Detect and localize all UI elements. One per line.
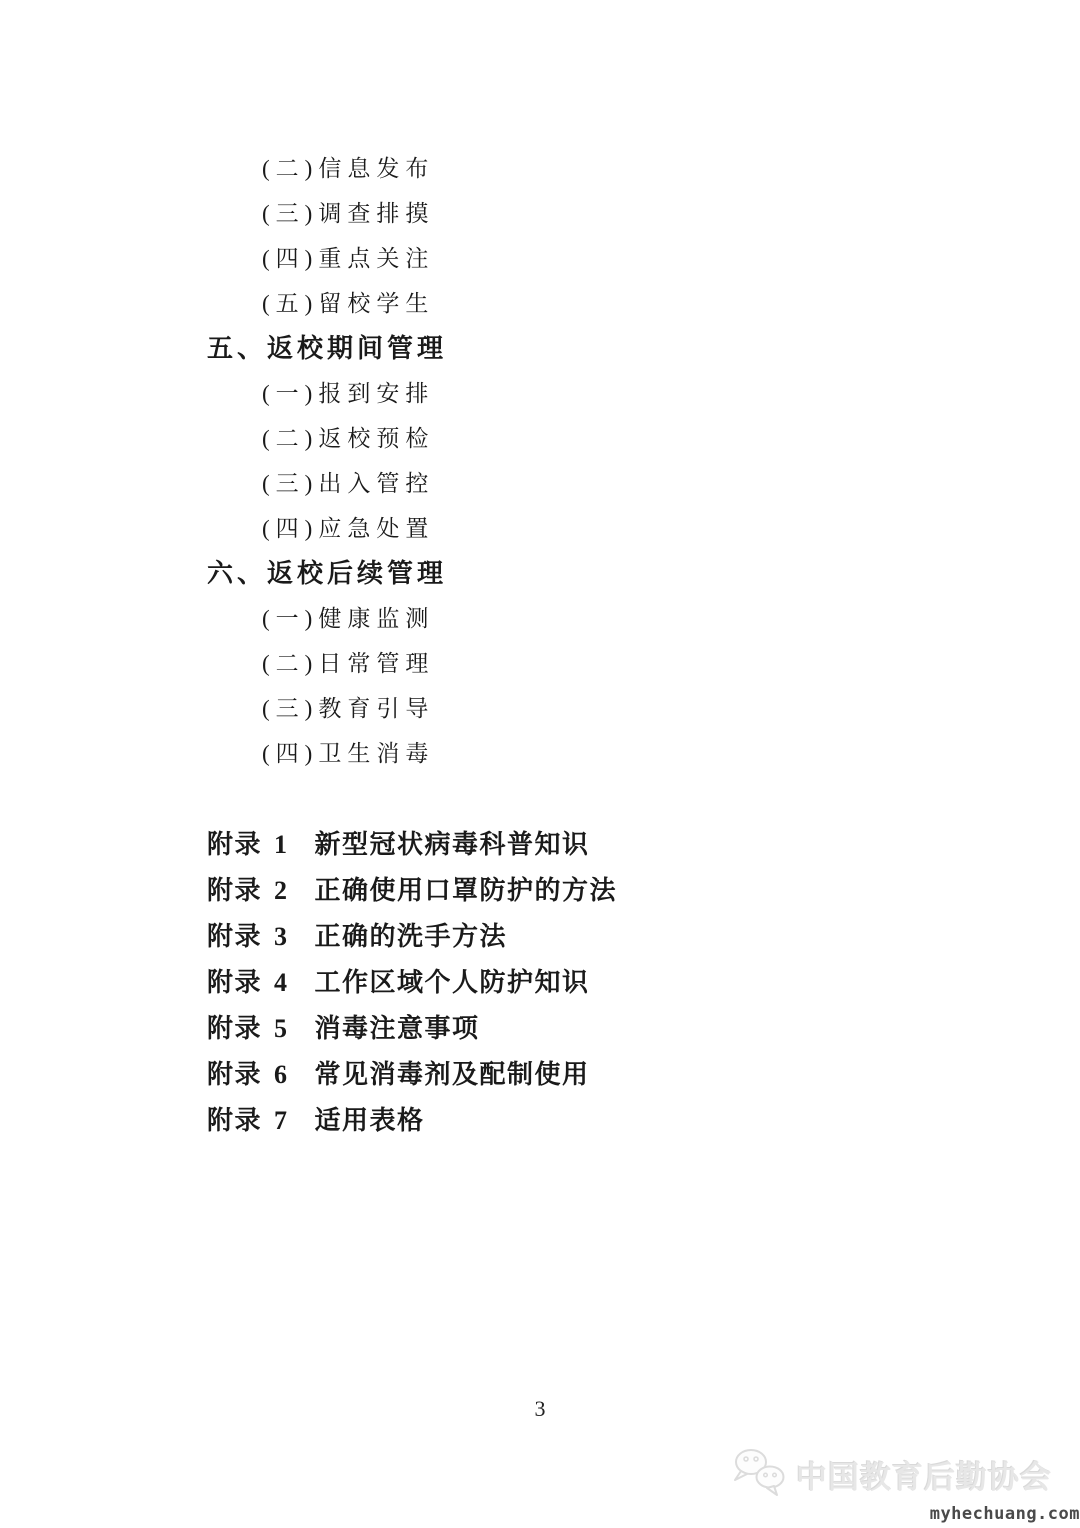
toc-entry: (三)出入管控: [262, 461, 1080, 506]
watermark: 中国教育后勤协会 myhechuang.com: [730, 1446, 1080, 1524]
appendix-prefix: 附录: [207, 1060, 262, 1089]
toc-entry: (二)返校预检: [262, 416, 1080, 461]
appendix-number: 1: [274, 822, 289, 868]
toc-entry: (五)留校学生: [262, 281, 1080, 326]
appendix-number: 3: [274, 914, 289, 960]
toc-entry: (四)应急处置: [262, 506, 1080, 551]
appendix-title: 常见消毒剂及配制使用: [315, 1052, 590, 1098]
toc-entry: (二)日常管理: [262, 641, 1080, 686]
document-page: (二)信息发布 (三)调查排摸 (四)重点关注 (五)留校学生 五、返校期间管理…: [0, 0, 1080, 1528]
toc-section-heading: 五、返校期间管理: [207, 326, 1080, 371]
wechat-bubbles-icon: [730, 1446, 788, 1503]
toc-entry: (三)调查排摸: [262, 191, 1080, 236]
appendix-title: 工作区域个人防护知识: [315, 960, 590, 1006]
appendix-entry: 附录4工作区域个人防护知识: [207, 960, 617, 1006]
appendix-prefix: 附录: [207, 1014, 262, 1043]
appendix-title: 适用表格: [315, 1098, 425, 1144]
appendix-number: 5: [274, 1006, 289, 1052]
table-of-contents: (二)信息发布 (三)调查排摸 (四)重点关注 (五)留校学生 五、返校期间管理…: [0, 146, 1080, 776]
appendix-entry: 附录3正确的洗手方法: [207, 914, 617, 960]
toc-entry: (一)健康监测: [262, 596, 1080, 641]
appendix-title: 消毒注意事项: [315, 1006, 480, 1052]
appendix-prefix: 附录: [207, 876, 262, 905]
appendix-entry: 附录7适用表格: [207, 1098, 617, 1144]
appendix-title: 正确的洗手方法: [315, 914, 508, 960]
appendix-prefix: 附录: [207, 922, 262, 951]
appendix-prefix: 附录: [207, 830, 262, 859]
appendix-title: 新型冠状病毒科普知识: [315, 822, 590, 868]
appendix-number: 7: [274, 1098, 289, 1144]
toc-entry: (四)重点关注: [262, 236, 1080, 281]
appendix-prefix: 附录: [207, 1106, 262, 1135]
watermark-association-name: 中国教育后勤协会: [796, 1452, 1052, 1497]
toc-entry: (三)教育引导: [262, 686, 1080, 731]
toc-entry: (二)信息发布: [262, 146, 1080, 191]
appendix-entry: 附录2正确使用口罩防护的方法: [207, 868, 617, 914]
watermark-site-url: myhechuang.com: [730, 1504, 1080, 1524]
appendix-entry: 附录6常见消毒剂及配制使用: [207, 1052, 617, 1098]
toc-entry: (一)报到安排: [262, 371, 1080, 416]
appendix-prefix: 附录: [207, 968, 262, 997]
toc-entry: (四)卫生消毒: [262, 731, 1080, 776]
toc-section-heading: 六、返校后续管理: [207, 551, 1080, 596]
appendix-entry: 附录1新型冠状病毒科普知识: [207, 822, 617, 868]
appendix-number: 4: [274, 960, 289, 1006]
appendix-entry: 附录5消毒注意事项: [207, 1006, 617, 1052]
page-number: 3: [0, 1396, 1080, 1422]
appendix-number: 2: [274, 868, 289, 914]
appendix-number: 6: [274, 1052, 289, 1098]
appendix-title: 正确使用口罩防护的方法: [315, 868, 618, 914]
appendix-list: 附录1新型冠状病毒科普知识 附录2正确使用口罩防护的方法 附录3正确的洗手方法 …: [207, 822, 617, 1144]
